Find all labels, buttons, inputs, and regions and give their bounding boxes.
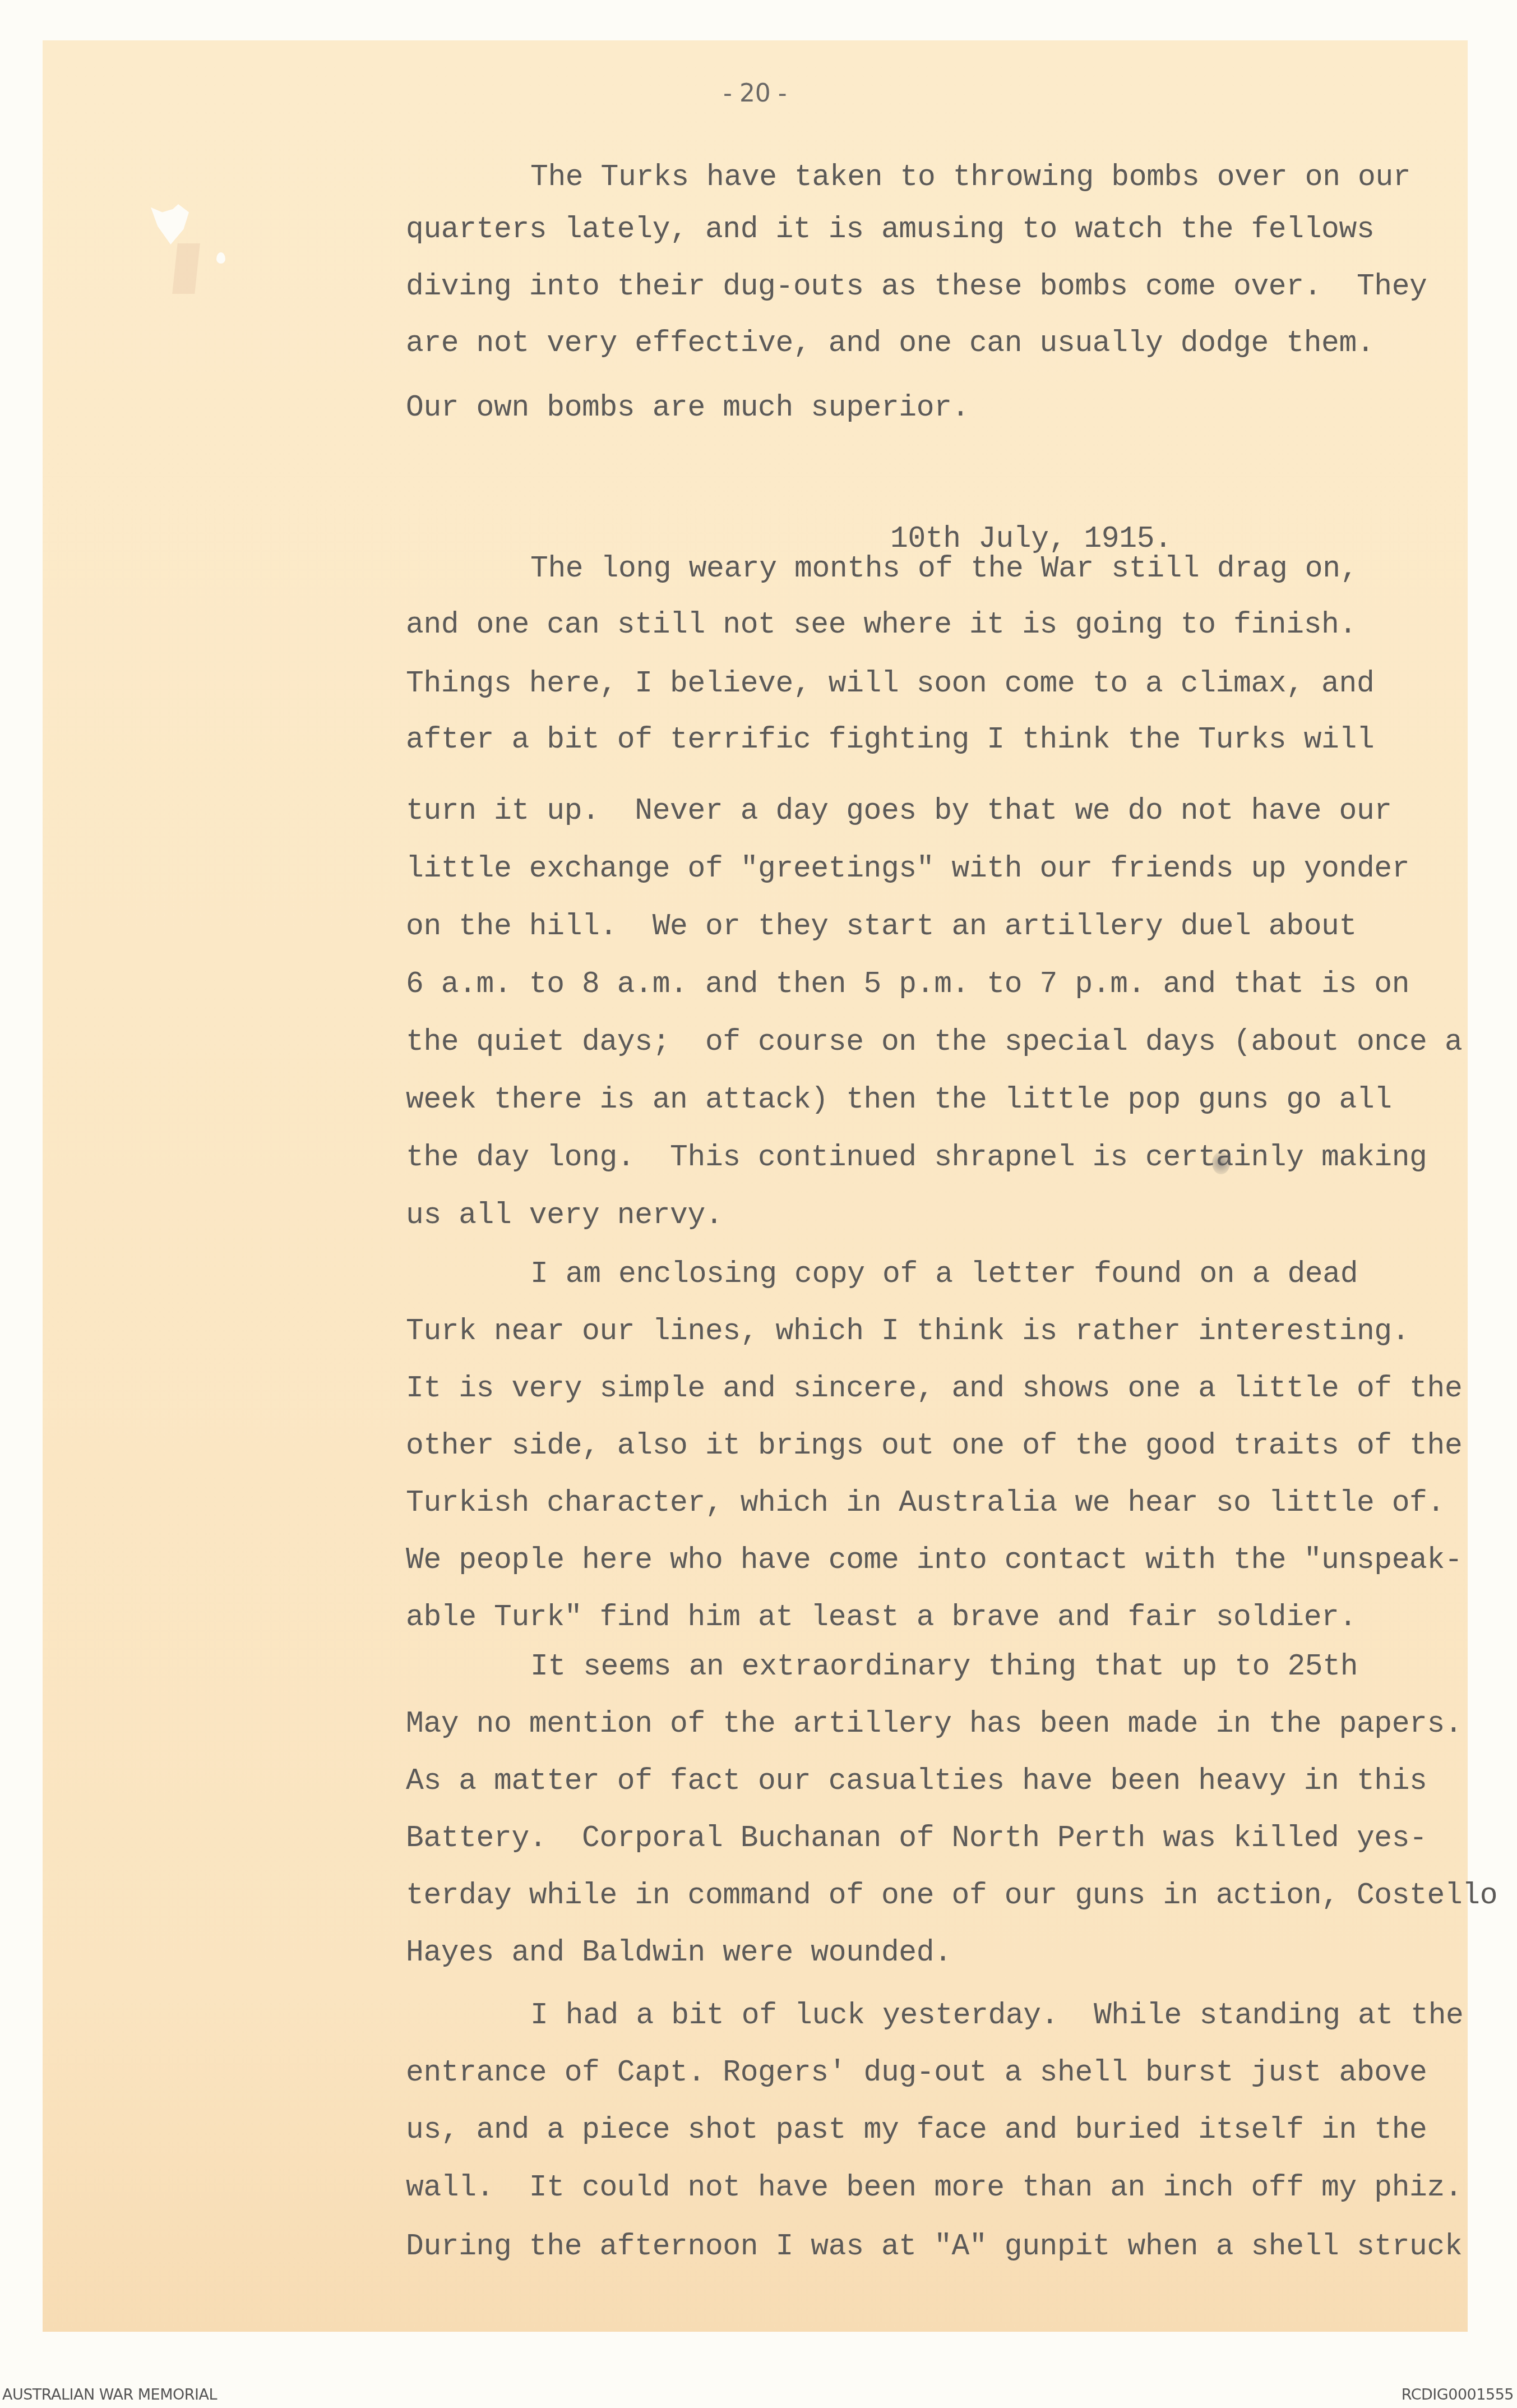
text-line: We people here who have come into contac…: [406, 1546, 1462, 1575]
text-line: Battery. Corporal Buchanan of North Pert…: [406, 1824, 1427, 1853]
paper-stain: [172, 243, 200, 294]
text-line: Things here, I believe, will soon come t…: [406, 669, 1374, 699]
text-line: May no mention of the artillery has been…: [406, 1709, 1462, 1739]
text-line: after a bit of terrific fighting I think…: [406, 725, 1374, 755]
ink-smudge: [1212, 1152, 1230, 1174]
text-line: wall. It could not have been more than a…: [406, 2173, 1462, 2203]
text-line: us all very nervy.: [406, 1201, 723, 1230]
text-line: diving into their dug-outs as these bomb…: [406, 272, 1427, 302]
text-line: entrance of Capt. Rogers' dug-out a shel…: [406, 2058, 1427, 2088]
text-line: Our own bombs are much superior.: [406, 393, 969, 423]
text-line: It is very simple and sincere, and shows…: [406, 1374, 1462, 1404]
paragraph-first-line: I had a bit of luck yesterday. While sta…: [530, 2001, 1463, 2031]
text-line: are not very effective, and one can usua…: [406, 329, 1374, 358]
paper-damage-hole-small: [216, 252, 225, 264]
text-line: As a matter of fact our casualties have …: [406, 1766, 1427, 1796]
text-line: little exchange of "greetings" with our …: [406, 854, 1409, 884]
date-heading: 10th July, 1915.: [890, 524, 1172, 554]
paragraph-first-line: It seems an extraordinary thing that up …: [530, 1652, 1358, 1682]
text-line: quarters lately, and it is amusing to wa…: [406, 215, 1374, 245]
text-line: turn it up. Never a day goes by that we …: [406, 796, 1392, 826]
text-line: During the afternoon I was at "A" gunpit…: [406, 2232, 1462, 2262]
text-line: the quiet days; of course on the special…: [406, 1027, 1462, 1057]
paper-damage-hole: [151, 204, 189, 245]
text-line: other side, also it brings out one of th…: [406, 1431, 1462, 1461]
text-line: Hayes and Baldwin were wounded.: [406, 1938, 952, 1968]
text-line: Turk near our lines, which I think is ra…: [406, 1317, 1409, 1346]
paragraph-first-line: The Turks have taken to throwing bombs o…: [530, 163, 1410, 192]
text-line: week there is an attack) then the little…: [406, 1085, 1392, 1115]
paragraph-first-line: I am enclosing copy of a letter found on…: [530, 1260, 1358, 1289]
footer-archive-name: AUSTRALIAN WAR MEMORIAL: [2, 2386, 217, 2404]
text-line: terday while in command of one of our gu…: [406, 1881, 1497, 1911]
text-line: us, and a piece shot past my face and bu…: [406, 2115, 1427, 2145]
paragraph-first-line: The long weary months of the War still d…: [530, 554, 1358, 584]
text-line: able Turk" find him at least a brave and…: [406, 1603, 1357, 1632]
text-line: 6 a.m. to 8 a.m. and then 5 p.m. to 7 p.…: [406, 970, 1409, 999]
typed-page: [43, 40, 1468, 2332]
text-line: Turkish character, which in Australia we…: [406, 1488, 1445, 1518]
text-line: on the hill. We or they start an artille…: [406, 912, 1357, 942]
text-line: the day long. This continued shrapnel is…: [406, 1143, 1427, 1173]
footer-record-id: RCDIG0001555: [1402, 2386, 1514, 2404]
page-number: - 20 -: [723, 81, 787, 106]
text-line: and one can still not see where it is go…: [406, 610, 1357, 640]
